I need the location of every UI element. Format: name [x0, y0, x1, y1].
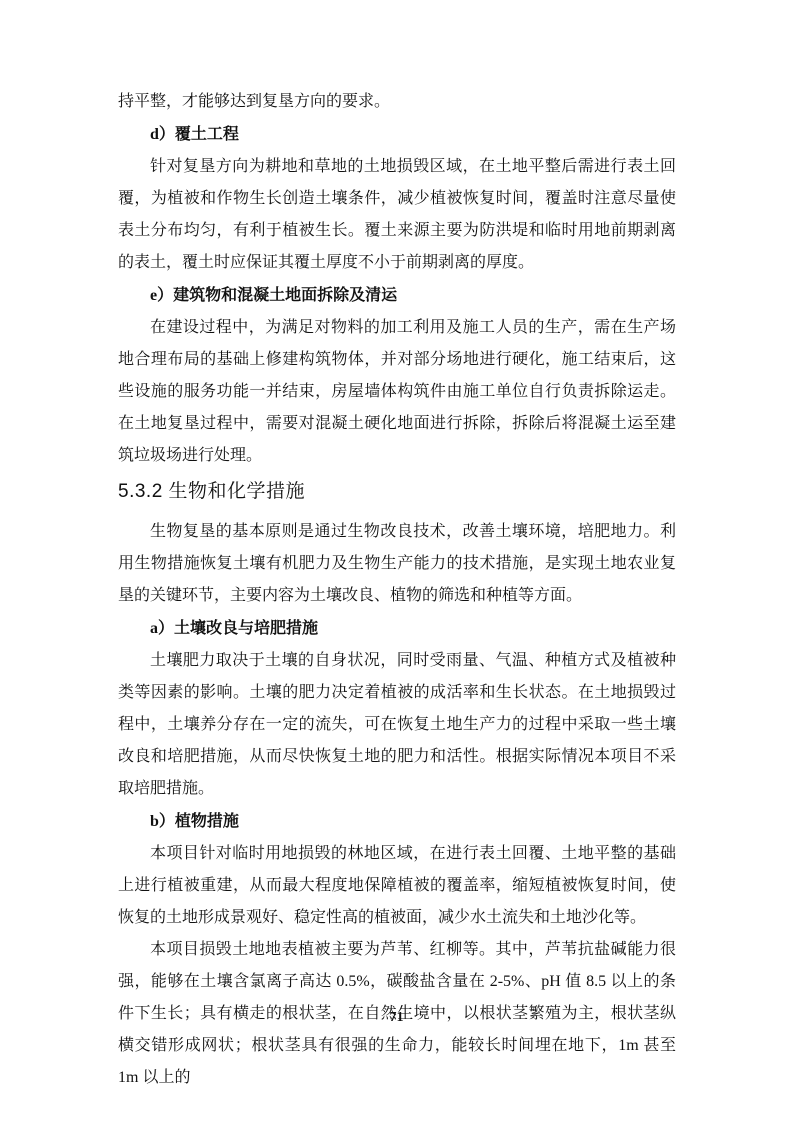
page-body: 持平整，才能够达到复垦方向的要求。 d）覆土工程 针对复垦方向为耕地和草地的土地…	[118, 86, 676, 1094]
page-footer: 71	[0, 1008, 793, 1026]
section-heading-5-3-2: 5.3.2 生物和化学措施	[118, 475, 676, 509]
paragraph-soil-fertility: 土壤肥力取决于土壤的自身状况，同时受雨量、气温、种植方式及植被种类等因素的影响。…	[118, 645, 676, 805]
subheading-e-demolition: e）建筑物和混凝土地面拆除及清运	[118, 279, 676, 312]
page-number: 71	[390, 1010, 404, 1025]
subheading-d-soil-cover: d）覆土工程	[118, 118, 676, 151]
document-page: 持平整，才能够达到复垦方向的要求。 d）覆土工程 针对复垦方向为耕地和草地的土地…	[0, 0, 793, 1122]
subheading-a-soil-improvement: a）土壤改良与培肥措施	[118, 612, 676, 645]
paragraph-continuation: 持平整，才能够达到复垦方向的要求。	[118, 86, 676, 118]
paragraph-vegetation-rebuild: 本项目针对临时用地损毁的林地区域，在进行表土回覆、土地平整的基础上进行植被重建，…	[118, 838, 676, 934]
paragraph-bio-reclamation-intro: 生物复垦的基本原则是通过生物改良技术，改善土壤环境，培肥地力。利用生物措施恢复土…	[118, 516, 676, 612]
paragraph-demolition: 在建设过程中，为满足对物料的加工利用及施工人员的生产，需在生产场地合理布局的基础…	[118, 312, 676, 472]
paragraph-soil-cover: 针对复垦方向为耕地和草地的土地损毁区域，在土地平整后需进行表土回覆，为植被和作物…	[118, 151, 676, 279]
subheading-b-plant-measures: b）植物措施	[118, 805, 676, 838]
